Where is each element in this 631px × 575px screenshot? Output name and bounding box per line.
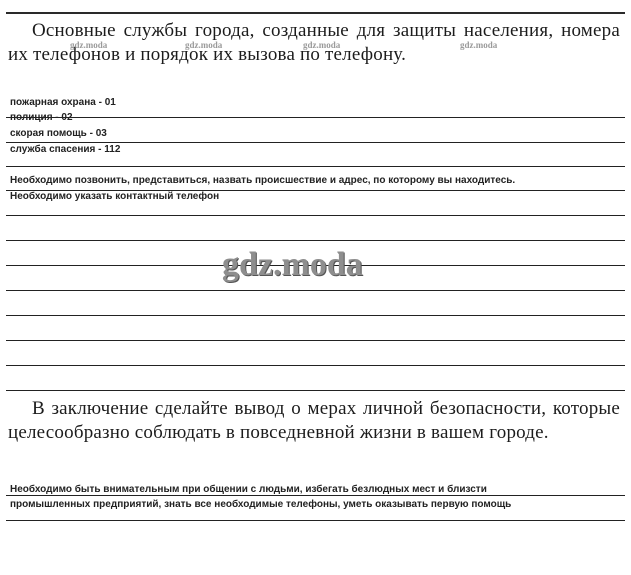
blank-rule bbox=[6, 290, 625, 291]
conclusion-line-2: промышленных предприятий, знать все необ… bbox=[10, 499, 511, 510]
answer-rescue: служба спасения - 112 bbox=[10, 144, 120, 155]
conclusion-line-1: Необходимо быть внимательным при общении… bbox=[10, 484, 487, 495]
procedure-line-2: Необходимо указать контактный телефон bbox=[10, 191, 219, 202]
blank-rule bbox=[6, 240, 625, 241]
answer-rule bbox=[6, 520, 625, 521]
watermark-small-3: gdz.moda bbox=[303, 40, 340, 50]
blank-rule bbox=[6, 215, 625, 216]
blank-rule bbox=[6, 390, 625, 391]
procedure-line-1: Необходимо позвонить, представиться, наз… bbox=[10, 175, 515, 186]
answer-rule bbox=[6, 142, 625, 143]
answer-rule bbox=[6, 495, 625, 496]
task2-prompt-text: В заключение сделайте вывод о мерах личн… bbox=[8, 398, 620, 443]
blank-rule bbox=[6, 340, 625, 341]
answer-ambulance: скорая помощь - 03 bbox=[10, 128, 107, 139]
answer-rule bbox=[6, 117, 625, 118]
answer-rule bbox=[6, 166, 625, 167]
watermark-large: gdz.moda bbox=[222, 246, 363, 284]
task2-prompt: В заключение сделайте вывод о мерах личн… bbox=[8, 397, 620, 445]
blank-rule bbox=[6, 315, 625, 316]
answer-fire: пожарная охрана - 01 bbox=[10, 97, 116, 108]
watermark-small-4: gdz.moda bbox=[460, 40, 497, 50]
top-rule bbox=[6, 12, 625, 14]
answer-police: полиция - 02 bbox=[10, 112, 73, 123]
watermark-small-1: gdz.moda bbox=[70, 40, 107, 50]
watermark-small-2: gdz.moda bbox=[185, 40, 222, 50]
blank-rule bbox=[6, 365, 625, 366]
